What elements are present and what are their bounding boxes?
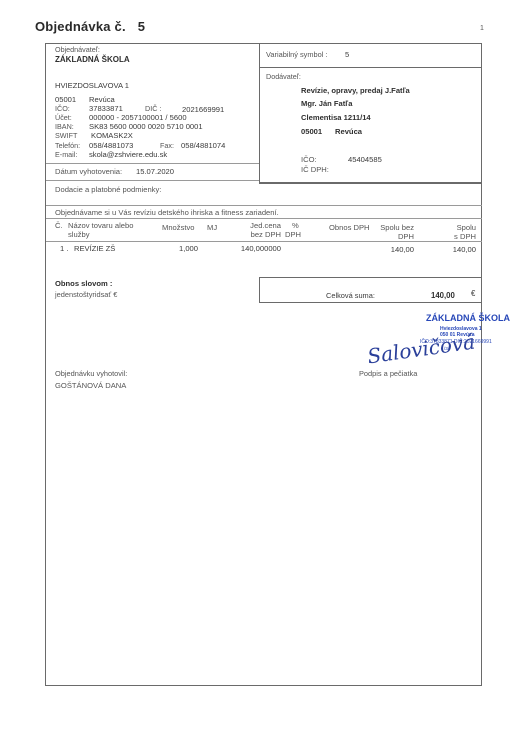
col-total-excl: Spolu bez [370, 223, 414, 232]
buyer-name: ZÁKLADNÁ ŠKOLA [55, 55, 130, 64]
buyer-swift: KOMASK2X [91, 131, 133, 140]
supplier-person: Mgr. Ján Fatľa [301, 99, 352, 108]
col-vat-pct-2: DPH [285, 230, 301, 239]
buyer-phone-label: Telefón: [55, 141, 80, 150]
supplier-icdph-label: IČ DPH: [301, 165, 329, 174]
buyer-phone: 058/4881073 [89, 141, 133, 150]
supplier-box [259, 67, 482, 183]
divider [46, 218, 482, 219]
col-name-2: služby [68, 230, 90, 239]
date-label: Dátum vyhotovenia: [55, 167, 122, 176]
row-no: 1 . [60, 244, 68, 253]
buyer-email[interactable]: skola@zshviere.edu.sk [89, 150, 167, 159]
col-unit-price: Jed.cena [236, 221, 281, 230]
buyer-ico: 37833871 [89, 104, 123, 113]
col-total-incl: Spolu [440, 223, 476, 232]
col-total-incl-2: s DPH [440, 232, 476, 241]
buyer-dic: 2021669991 [182, 105, 224, 114]
divider [46, 163, 259, 164]
supplier-city: Revúca [335, 127, 362, 136]
buyer-account-label: Účet: [55, 113, 72, 122]
supplier-label: Dodávateľ: [266, 72, 301, 81]
total-currency: € [471, 289, 475, 298]
document-title-label: Objednávka č. [35, 19, 126, 34]
buyer-email-text: skola@zshviere.edu.sk [89, 150, 167, 159]
buyer-email-label: E-mail: [55, 150, 77, 159]
amount-words-label: Obnos slovom : [55, 279, 112, 288]
col-no: Č. [55, 221, 63, 230]
terms-label: Dodacie a platobné podmienky: [55, 185, 161, 194]
date-value: 15.07.2020 [136, 167, 174, 176]
divider [46, 241, 482, 242]
supplier-company: Revízie, opravy, predaj J.Fatľa [301, 86, 410, 95]
variable-symbol-label: Variabilný symbol : [266, 50, 327, 59]
row-qty: 1,000 [160, 244, 198, 253]
variable-symbol-value: 5 [345, 50, 349, 59]
buyer-city: Revúca [89, 95, 115, 104]
col-vat-amount: Obnos DPH [329, 223, 370, 232]
col-name: Názov tovaru alebo [68, 221, 133, 230]
buyer-fax-label: Fax: [160, 141, 174, 150]
total-label: Celková suma: [326, 291, 375, 300]
amount-words-value: jedenstoštyridsať € [55, 290, 117, 299]
prepared-by-name: GOŠTÁNOVÁ DANA [55, 381, 126, 390]
row-unit-price: 140,000000 [225, 244, 281, 253]
col-unit-price-2: bez DPH [236, 230, 281, 239]
row-total-excl: 140,00 [370, 245, 414, 254]
signature-label: Podpis a pečiatka [359, 369, 417, 378]
buyer-swift-label: SWIFT [55, 131, 77, 140]
col-unit: MJ [207, 223, 217, 232]
supplier-street: Clementisa 1211/14 [301, 113, 371, 122]
order-intro: Objednávame si u Vás revíziu detského ih… [55, 208, 279, 217]
buyer-iban-label: IBAN: [55, 122, 74, 131]
page-number: 1 [480, 25, 484, 32]
buyer-iban: SK83 5600 0000 0020 5710 0001 [89, 122, 203, 131]
supplier-ico-label: IČO: [301, 155, 317, 164]
buyer-zip: 05001 [55, 95, 76, 104]
supplier-ico: 45404585 [348, 155, 382, 164]
buyer-street: HVIEZDOSLAVOVA 1 [55, 81, 129, 90]
col-vat-pct: % [292, 221, 299, 230]
divider [46, 205, 482, 206]
row-total-incl: 140,00 [436, 245, 476, 254]
row-name: REVÍZIE ZŠ [74, 244, 115, 253]
col-total-excl-2: DPH [370, 232, 414, 241]
order-number: 5 [138, 19, 145, 34]
prepared-by-label: Objednávku vyhotovil: [55, 369, 127, 378]
total-value: 140,00 [431, 291, 455, 300]
document-title: Objednávka č.5 [35, 19, 145, 34]
divider [46, 180, 259, 181]
col-qty: Množstvo [162, 223, 195, 232]
buyer-fax: 058/4881074 [181, 141, 225, 150]
supplier-zip: 05001 [301, 127, 322, 136]
buyer-account: 000000 - 2057100001 / 5600 [89, 113, 187, 122]
divider [259, 183, 482, 184]
buyer-ico-label: IČO: [55, 104, 70, 113]
buyer-dic-label: DIČ : [145, 104, 161, 113]
buyer-label: Objednávateľ: [55, 45, 100, 54]
stamp-name: ZÁKLADNÁ ŠKOLA [426, 313, 510, 323]
